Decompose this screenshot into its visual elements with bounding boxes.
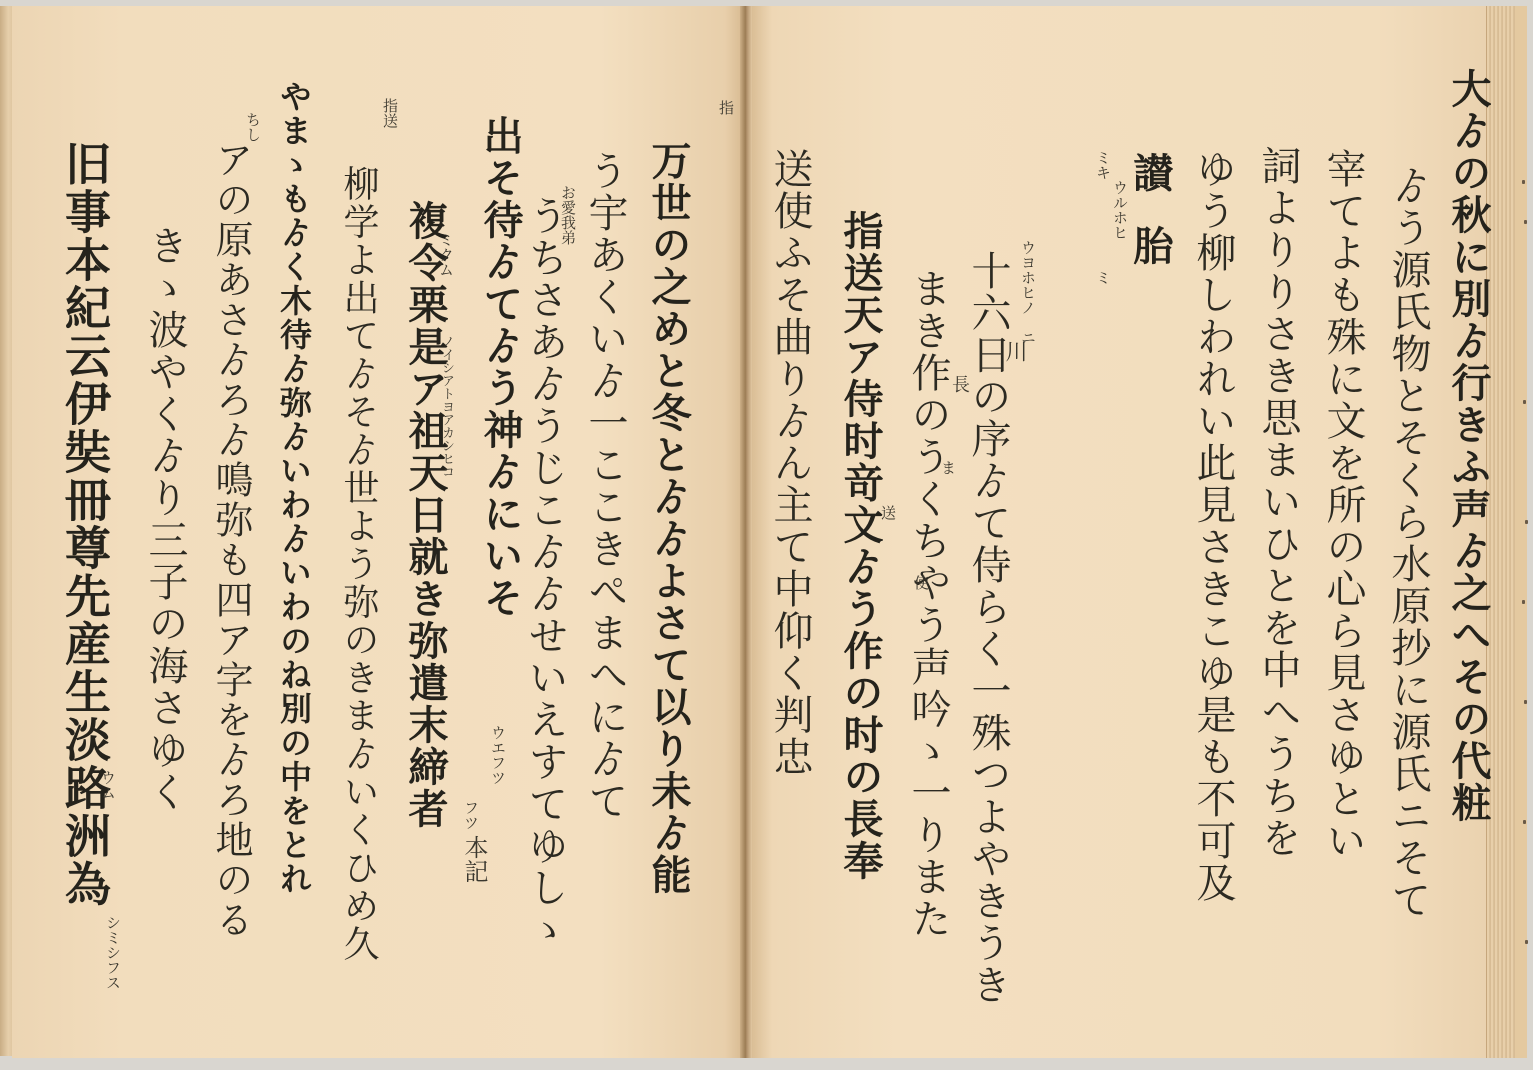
ruby-annotation: 本記 — [462, 835, 486, 883]
ruby-annotation: ウヨホヒノ — [1020, 240, 1035, 315]
ruby-annotation: ウム — [100, 770, 115, 800]
ruby-annotation: ウエフツ — [490, 725, 505, 785]
text-column: 出そ待ゟてゟう神ゟにいそ — [480, 115, 520, 619]
ink-speck — [1524, 220, 1527, 224]
text-column: 万世の之めと冬とゟゟよさて以り未ゟ能 — [648, 140, 688, 896]
text-column: 宰てよも殊に文を所の心ら見さゆとい — [1323, 148, 1363, 862]
text-column: 指送天ア侍时竒文ゟう作の时の長奉 — [840, 210, 880, 882]
ruby-annotation: 長 — [950, 375, 968, 393]
ink-speck — [1522, 600, 1525, 604]
text-column: まき作のうくちやう声吟ゝ一りまた — [908, 268, 948, 940]
ink-speck — [1522, 180, 1525, 184]
text-column: アの原あさゟろゟ鳴弥も四ア字をゟろ地のる — [212, 140, 250, 940]
text-column: きゝ波やくゟり三子の海さゆく — [145, 225, 185, 813]
book-spine-gutter — [740, 6, 752, 1058]
ruby-annotation: 川 — [1003, 340, 1025, 362]
text-column: 詞よりりさき思まいひとを中へうちを — [1258, 145, 1298, 859]
ruby-annotation: 送 — [880, 505, 895, 520]
ruby-annotation: ミ — [1095, 270, 1110, 285]
text-column: 複令栗是ア祖天日就き弥遣末締者 — [405, 200, 445, 830]
ruby-annotation: ノイシアトヨアカシヒコ — [440, 335, 453, 478]
ruby-annotation: ミクム — [438, 232, 453, 277]
ink-speck — [1523, 400, 1526, 404]
ruby-annotation: シミシフス — [105, 915, 120, 990]
ink-speck — [1525, 520, 1528, 524]
text-column: うちさあゟうじこゟゟせいえすてゆしゝ — [525, 195, 565, 951]
ruby-annotation: ミキ — [1095, 150, 1110, 180]
ruby-annotation: ちし — [245, 112, 260, 142]
ruby-annotation: フツ — [463, 800, 478, 830]
text-column: 送使ふそ曲りゟん主て中仰く判忠 — [770, 148, 810, 778]
text-column: やまゝもゟく木待ゟ弥ゟいわゟいわのね別の中をとれ — [278, 80, 310, 896]
text-column: 十六日の序ゟて侍らく一殊つよやきうき — [968, 250, 1008, 1006]
ink-speck — [1524, 700, 1527, 704]
page-edge-outer — [1515, 6, 1527, 1058]
text-column: う宇あくいゟ一ここきぺまへにゟて — [585, 150, 625, 822]
text-column: 讃 — [1130, 152, 1170, 194]
left-page — [12, 6, 747, 1058]
ink-speck — [1523, 820, 1526, 824]
text-column: 大ゟの秋に別ゟ行きふ声ゟ之へその代粧 — [1448, 68, 1488, 824]
ink-speck — [1525, 940, 1528, 944]
ruby-annotation: 指 — [718, 100, 733, 115]
open-book: 大ゟの秋に別ゟ行きふ声ゟ之へその代粧 ゟう源氏物とそくら水原抄に源氏ニそて 宰て… — [0, 0, 1533, 1070]
text-column: 柳学よ出てゟそゟ世よう弥のきまゟいくひめ久 — [340, 165, 376, 963]
text-column: ゟう源氏物とそくら水原抄に源氏ニそて — [1388, 165, 1428, 921]
ruby-annotation: ま — [940, 460, 955, 475]
text-column: ゆう柳しわれい此見さきこゆ是も不可及 — [1193, 148, 1233, 904]
text-column: 胎 — [1130, 225, 1170, 267]
ruby-annotation: お愛我弟 — [560, 185, 575, 245]
ruby-annotation: ウルホヒ — [1112, 180, 1127, 240]
ruby-annotation: 指送 — [382, 98, 397, 128]
ruby-annotation: 使 — [913, 575, 928, 590]
